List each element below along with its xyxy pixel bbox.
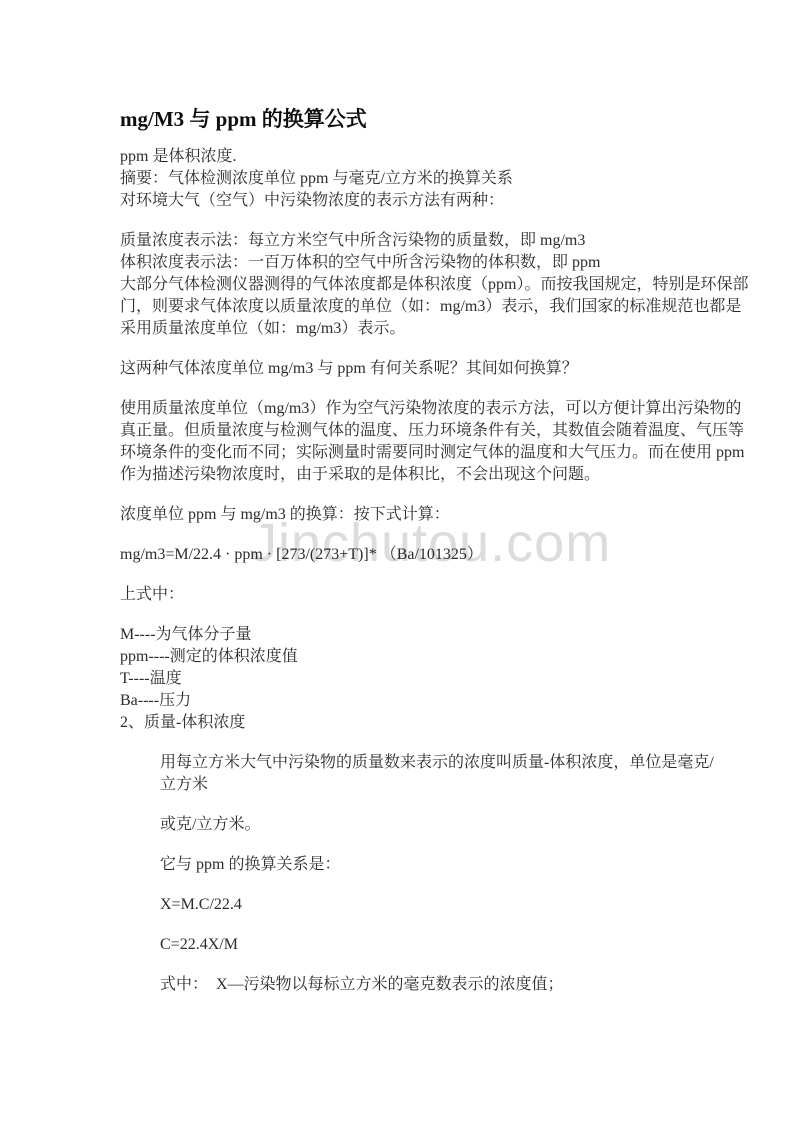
variables-list: M----为气体分子量 ppm----测定的体积浓度值 T----温度 Ba--… xyxy=(120,624,700,734)
text-line: 立方米 xyxy=(160,774,700,796)
formula-c: C=22.4X/M xyxy=(160,934,700,956)
formula-x: X=M.C/22.4 xyxy=(160,894,700,916)
variable-definition: Ba----压力 xyxy=(120,690,700,712)
text-line: 环境条件的变化而不同；实际测量时需要同时测定气体的温度和大气压力。而在使用 pp… xyxy=(120,442,700,464)
conversion-intro-paragraph: 浓度单位 ppm 与 mg/m3 的换算：按下式计算： xyxy=(120,504,700,526)
text-line: 质量浓度表示法：每立方米空气中所含污染物的质量数，即 mg/m3 xyxy=(120,230,700,252)
text-line: 或克/立方米。 xyxy=(160,814,700,836)
explain-paragraph: 使用质量浓度单位（mg/m3）作为空气污染物浓度的表示方法，可以方便计算出污染物… xyxy=(120,398,700,486)
formula-line: C=22.4X/M xyxy=(160,934,700,956)
text-line: ppm 是体积浓度. xyxy=(120,146,700,168)
text-line: 真正量。但质量浓度与检测气体的温度、压力环境条件有关，其数值会随着温度、气压等 xyxy=(120,420,700,442)
variable-definition: M----为气体分子量 xyxy=(120,624,700,646)
text-line: 门，则要求气体浓度以质量浓度的单位（如：mg/m3）表示，我们国家的标准规范也都… xyxy=(120,296,700,318)
text-line: 上式中： xyxy=(120,584,700,606)
variable-definition: T----温度 xyxy=(120,668,700,690)
question-paragraph: 这两种气体浓度单位 mg/m3 与 ppm 有何关系呢？其间如何换算？ xyxy=(120,358,700,380)
text-line: 式中： X—污染物以每标立方米的毫克数表示的浓度值； xyxy=(160,974,700,996)
formula-note-x: 式中： X—污染物以每标立方米的毫克数表示的浓度值； xyxy=(160,974,700,996)
text-line: 摘要：气体检测浓度单位 ppm 与毫克/立方米的换算关系 xyxy=(120,168,700,190)
definition-alt-paragraph: 或克/立方米。 xyxy=(160,814,700,836)
text-line: 这两种气体浓度单位 mg/m3 与 ppm 有何关系呢？其间如何换算？ xyxy=(120,358,700,380)
text-line: 浓度单位 ppm 与 mg/m3 的换算：按下式计算： xyxy=(120,504,700,526)
formula-line: X=M.C/22.4 xyxy=(160,894,700,916)
document-content: mg/M3 与 ppm 的换算公式 ppm 是体积浓度. 摘要：气体检测浓度单位… xyxy=(120,106,700,1014)
text-line: 采用质量浓度单位（如：mg/m3）表示。 xyxy=(120,318,700,340)
formula-line: mg/m3=M/22.4 · ppm · [273/(273+T)]* （Ba/… xyxy=(120,544,700,566)
text-line: 使用质量浓度单位（mg/m3）作为空气污染物浓度的表示方法，可以方便计算出污染物… xyxy=(120,398,700,420)
document-page: Jinchutou.com mg/M3 与 ppm 的换算公式 ppm 是体积浓… xyxy=(0,0,800,1132)
definition-paragraph: 用每立方米大气中污染物的质量数来表示的浓度叫质量-体积浓度，单位是毫克/ 立方米 xyxy=(160,752,700,796)
text-line: 用每立方米大气中污染物的质量数来表示的浓度叫质量-体积浓度，单位是毫克/ xyxy=(160,752,700,774)
conversion-formula: mg/m3=M/22.4 · ppm · [273/(273+T)]* （Ba/… xyxy=(120,544,700,566)
text-line: 它与 ppm 的换算关系是： xyxy=(160,854,700,876)
text-line: 作为描述污染物浓度时，由于采取的是体积比，不会出现这个问题。 xyxy=(120,464,700,486)
methods-paragraph: 质量浓度表示法：每立方米空气中所含污染物的质量数，即 mg/m3 体积浓度表示法… xyxy=(120,230,700,340)
intro-paragraph: ppm 是体积浓度. 摘要：气体检测浓度单位 ppm 与毫克/立方米的换算关系 … xyxy=(120,146,700,212)
text-line: 大部分气体检测仪器测得的气体浓度都是体积浓度（ppm）。而按我国规定，特别是环保… xyxy=(120,274,700,296)
page-title: mg/M3 与 ppm 的换算公式 xyxy=(120,106,700,132)
text-line: 对环境大气（空气）中污染物浓度的表示方法有两种： xyxy=(120,190,700,212)
section-heading: 2、质量-体积浓度 xyxy=(120,712,700,734)
text-line: 体积浓度表示法：一百万体积的空气中所含污染物的体积数，即 ppm xyxy=(120,252,700,274)
section2-indented-block: 用每立方米大气中污染物的质量数来表示的浓度叫质量-体积浓度，单位是毫克/ 立方米… xyxy=(160,752,700,996)
relation-intro-paragraph: 它与 ppm 的换算关系是： xyxy=(160,854,700,876)
variable-definition: ppm----测定的体积浓度值 xyxy=(120,646,700,668)
formula-note-paragraph: 上式中： xyxy=(120,584,700,606)
